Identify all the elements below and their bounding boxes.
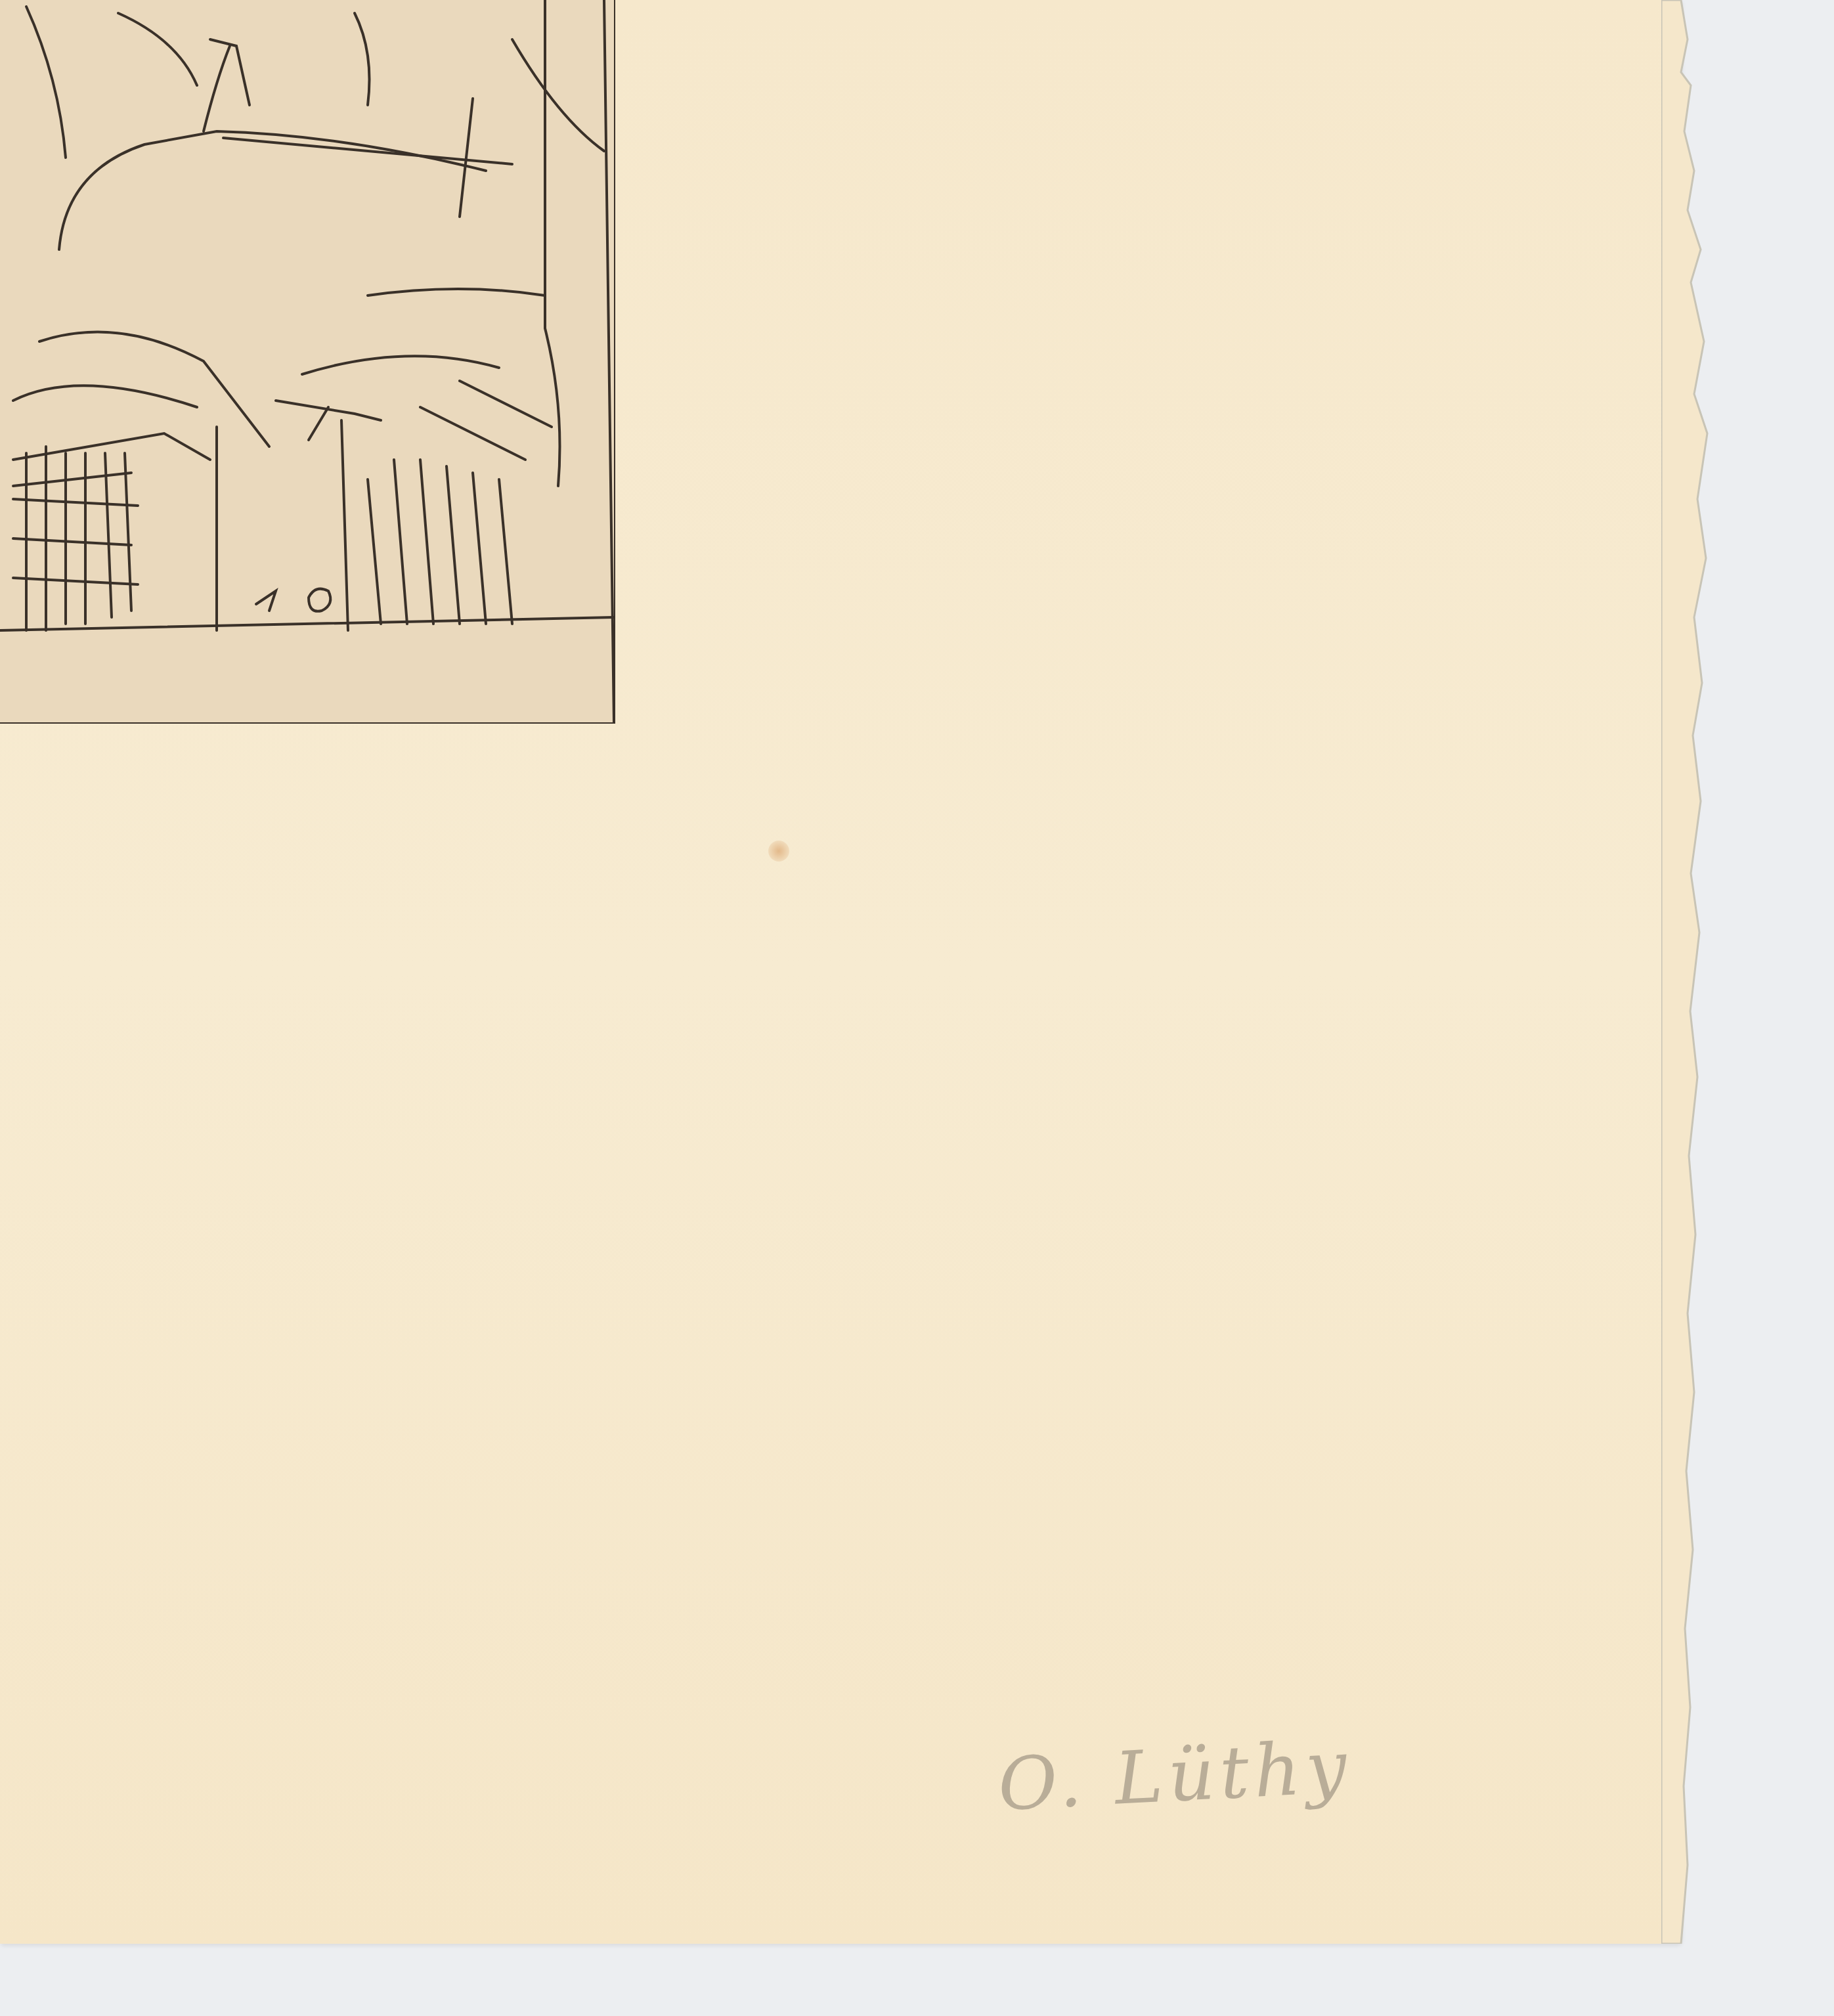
etching-plate — [0, 0, 615, 724]
etching-drawing — [0, 0, 614, 722]
foxing-spot — [768, 841, 789, 862]
deckle-edge — [1661, 0, 1714, 1944]
paper-sheet: O. Lüthy — [0, 0, 1681, 1944]
pencil-signature: O. Lüthy — [996, 1724, 1354, 1827]
